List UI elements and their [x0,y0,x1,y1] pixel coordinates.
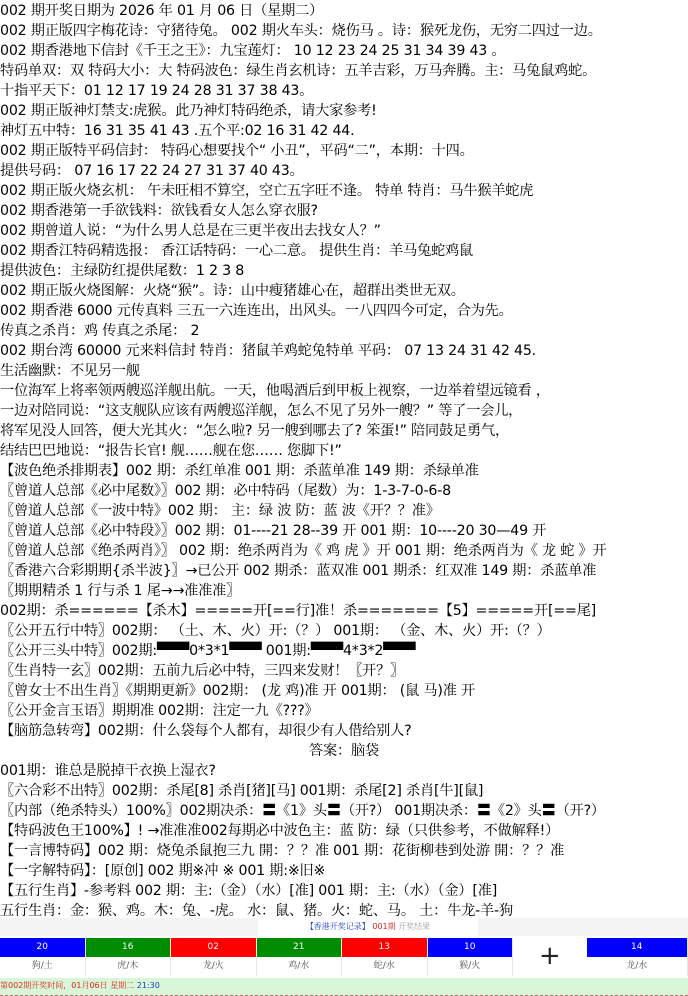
ball-label: 龙/水 [587,957,687,976]
text-line: 将军见没人回答，便大光其火：“怎么啦? 另一艘到哪去了? 笨蛋!” 陪同鼓足勇气… [0,421,509,442]
text-line: 生活幽默：不见另一舰 [0,361,140,382]
text-line: 特码单双：双 特码大小：大 特码波色：绿生肖玄机诗：五羊吉彩，万马奔腾。主：马兔… [0,61,596,82]
text-line: 002 期台湾 60000 元来料信封 特肖：猪鼠羊鸡蛇兔特单 平码： 07 1… [0,341,536,362]
ball-number: 16 [86,938,171,957]
text-line: 【五行生肖】-参考料 002 期：主:（金）（水）[准] 001 期：主:（水）… [0,881,497,902]
text-line: 002 期正版火烧图解：火烧“猴”。诗：山中瘦猪雄心在，超群出类世无双。 [0,281,465,302]
ball-number: 13 [342,938,427,957]
text-line: 十指平天下：01 12 17 19 24 28 31 37 38 43。 [0,81,313,102]
text-line: 【脑筋急转弯】002期：什么袋每个人都有，却很少有人借给别人? [0,721,411,742]
draw-weekday: 星期二 [110,981,134,990]
text-line: 〖内部（绝杀特头）100%〗002期决杀：〓《1》头〓（开?） 001期决杀：〓… [0,801,605,822]
text-line: 〖香港六合彩期期{杀半波}〗→已公开 002 期杀：蓝双准 001 期杀：红双准… [0,561,596,582]
text-line: 提供号码： 07 16 17 22 24 27 31 37 40 43。 [0,161,304,182]
text-line: 002 期开奖日期为 2026 年 01 月 06 日（星期二） [0,1,323,22]
ball-label: 狗/土 [0,957,85,976]
text-line: 答案：脑袋 [0,741,688,762]
plus-icon: + [513,938,587,976]
ball-4: 21鸡/水 [257,938,343,976]
results-header: 【香港开奖记录】 001期 开奖结果 [0,918,688,936]
text-line: 〖曾女士不出生肖〗《期期更新》002期： (龙 鸡)准 开 001期： (鼠 马… [0,681,475,702]
ball-number: 02 [171,938,256,957]
text-line: 〖公开金言玉语〗期期准 002期：注定一九《???》 [0,701,319,722]
lottery-results-panel: 【香港开奖记录】 001期 开奖结果 20狗/土 16虎/木 02龙/火 21鸡… [0,918,688,996]
text-line: 002 期香港第一手欲钱料：欲钱看女人怎么穿衣服? [0,201,318,222]
draw-time-bar: 第002期开奖时间，01月06日 星期二 21:30 [0,978,688,996]
ball-1: 20狗/土 [0,938,86,976]
draw-time: 21:30 [137,981,160,990]
text-line: 【特码波色王100%】! →准准准002每期必中波色主：蓝 防：绿（只供参考，不… [0,821,559,842]
ball-number: 14 [587,938,687,957]
ball-label: 龙/火 [171,957,256,976]
ball-5: 13蛇/水 [342,938,428,976]
results-period: 001期 [372,922,395,931]
ball-2: 16虎/木 [86,938,172,976]
ball-label: 蛇/水 [342,957,427,976]
text-line: 〖曾道人总部《必中尾数》〗002 期：必中特码（尾数）为：1-3-7-0-6-8 [0,481,451,502]
results-title-text[interactable]: 【香港开奖记录】 [306,922,370,931]
text-line: 一边对陪同说：“这支舰队应该有两艘巡洋舰，怎么不见了另外一艘？” 等了一会儿， [0,401,522,422]
text-line: 一位海军上将率领两艘巡洋舰出航。一天，他喝酒后到甲板上视察，一边举着望远镜看 ， [0,381,550,402]
ball-label: 虎/木 [86,957,171,976]
results-title: 【香港开奖记录】 001期 开奖结果 [258,918,478,936]
text-line: 【波色绝杀排期表】002 期：杀红单准 001 期：杀蓝单准 149 期：杀绿单… [0,461,479,482]
text-line: 【一字解特码】：[原创] 002 期※冲 ※ 001 期:※旧※ [0,861,325,882]
ball-label: 鸡/水 [257,957,342,976]
text-line: 002期：杀======【杀木】=====开[==行]准！杀=======【5】… [0,601,596,622]
text-line: 提供波色：主绿防红提供尾数：1 2 3 8 [0,261,244,282]
text-line: 结结巴巴地说：“报告长官! 舰……舰在您…… 您脚下!” [0,441,342,462]
draw-time-prefix: 第002期开奖时间，01月06日 [0,981,108,990]
text-line: 传真之杀肖：鸡 传真之杀尾： 2 [0,321,199,342]
text-line: 〖曾道人总部《必中特段》〗002 期：01----21 28--39 开 001… [0,521,546,542]
text-line: 【一言博特码】002 期：烧兔杀鼠抱三九 開：？？准 001 期：花街柳巷到处游… [0,841,564,862]
text-line: 002 期香港 6000 元传真料 三五一六连连出，出风头。一八四四今可定，合为… [0,301,513,322]
text-line: 002 期香港地下信封《千王之王》：九宝莲灯： 10 12 23 24 25 3… [0,41,505,62]
text-line: 〖公开三头中特〗002期:▀▀▀0*3*1▀▀▀ 001期:▀▀▀4*3*2▀▀… [0,641,415,662]
text-line: 002 期正版火烧玄机： 午未旺相不算空，空亡五字旺不逢。 特单 特肖：马牛猴羊… [0,181,533,202]
special-ball: 14龙/水 [587,938,688,976]
text-line: 001期：谁总是脱掉干衣换上湿衣? [0,761,216,782]
ball-row: 20狗/土 16虎/木 02龙/火 21鸡/水 13蛇/水 10猴/火 + 14… [0,938,688,976]
text-line: 〖曾道人总部《绝杀两肖》〗 002 期：绝杀两肖为《 鸡 虎 》开 001 期：… [0,541,607,562]
ball-number: 20 [0,938,85,957]
text-line: 〖六合彩不出特〗002期：杀尾[8] 杀肖[猪][马] 001期：杀尾[2] 杀… [0,781,483,802]
text-line: 002 期正版四字梅花诗：守猪待兔。 002 期火车头：烧伤马 。诗：猴死龙伤，… [0,21,602,42]
text-line: 002 期香江特码精选报： 香江话特码：一心二意。 提供生肖：羊马兔蛇鸡鼠 [0,241,473,262]
text-line: 〖生肖特一玄〗002期：五前九后必中特，三四来发财！〖开？〗 [0,661,404,682]
ball-3: 02龙/火 [171,938,257,976]
text-line: 〖曾道人总部《一波中特》002 期： 主：绿 波 防：蓝 波《开？？准》 [0,501,440,522]
text-line: 002 期曾道人说：“为什么男人总是在三更半夜出去找女人？” [0,221,381,242]
ball-6: 10猴/火 [428,938,514,976]
text-line: 002 期正版特平码信封： 特码心想要找个“ 小丑”，平码“二”，本期：十四。 [0,141,474,162]
results-subtitle: 开奖结果 [398,922,430,931]
ball-number: 10 [428,938,513,957]
text-line: 〖期期精杀 1 行与杀 1 尾→→准准准〗 [0,581,240,602]
text-line: 〖公开五行中特〗002期： （土、木、火）开:（？） 001期： （金、木、火）… [0,621,551,642]
ball-label: 猴/火 [428,957,513,976]
text-line: 002 期正版神灯禁支:虎猴。此乃神灯特码绝杀，请大家参考! [0,101,377,122]
text-line: 神灯五中特：16 31 35 41 43 .五个平:02 16 31 42 44… [0,121,354,142]
ball-number: 21 [257,938,342,957]
